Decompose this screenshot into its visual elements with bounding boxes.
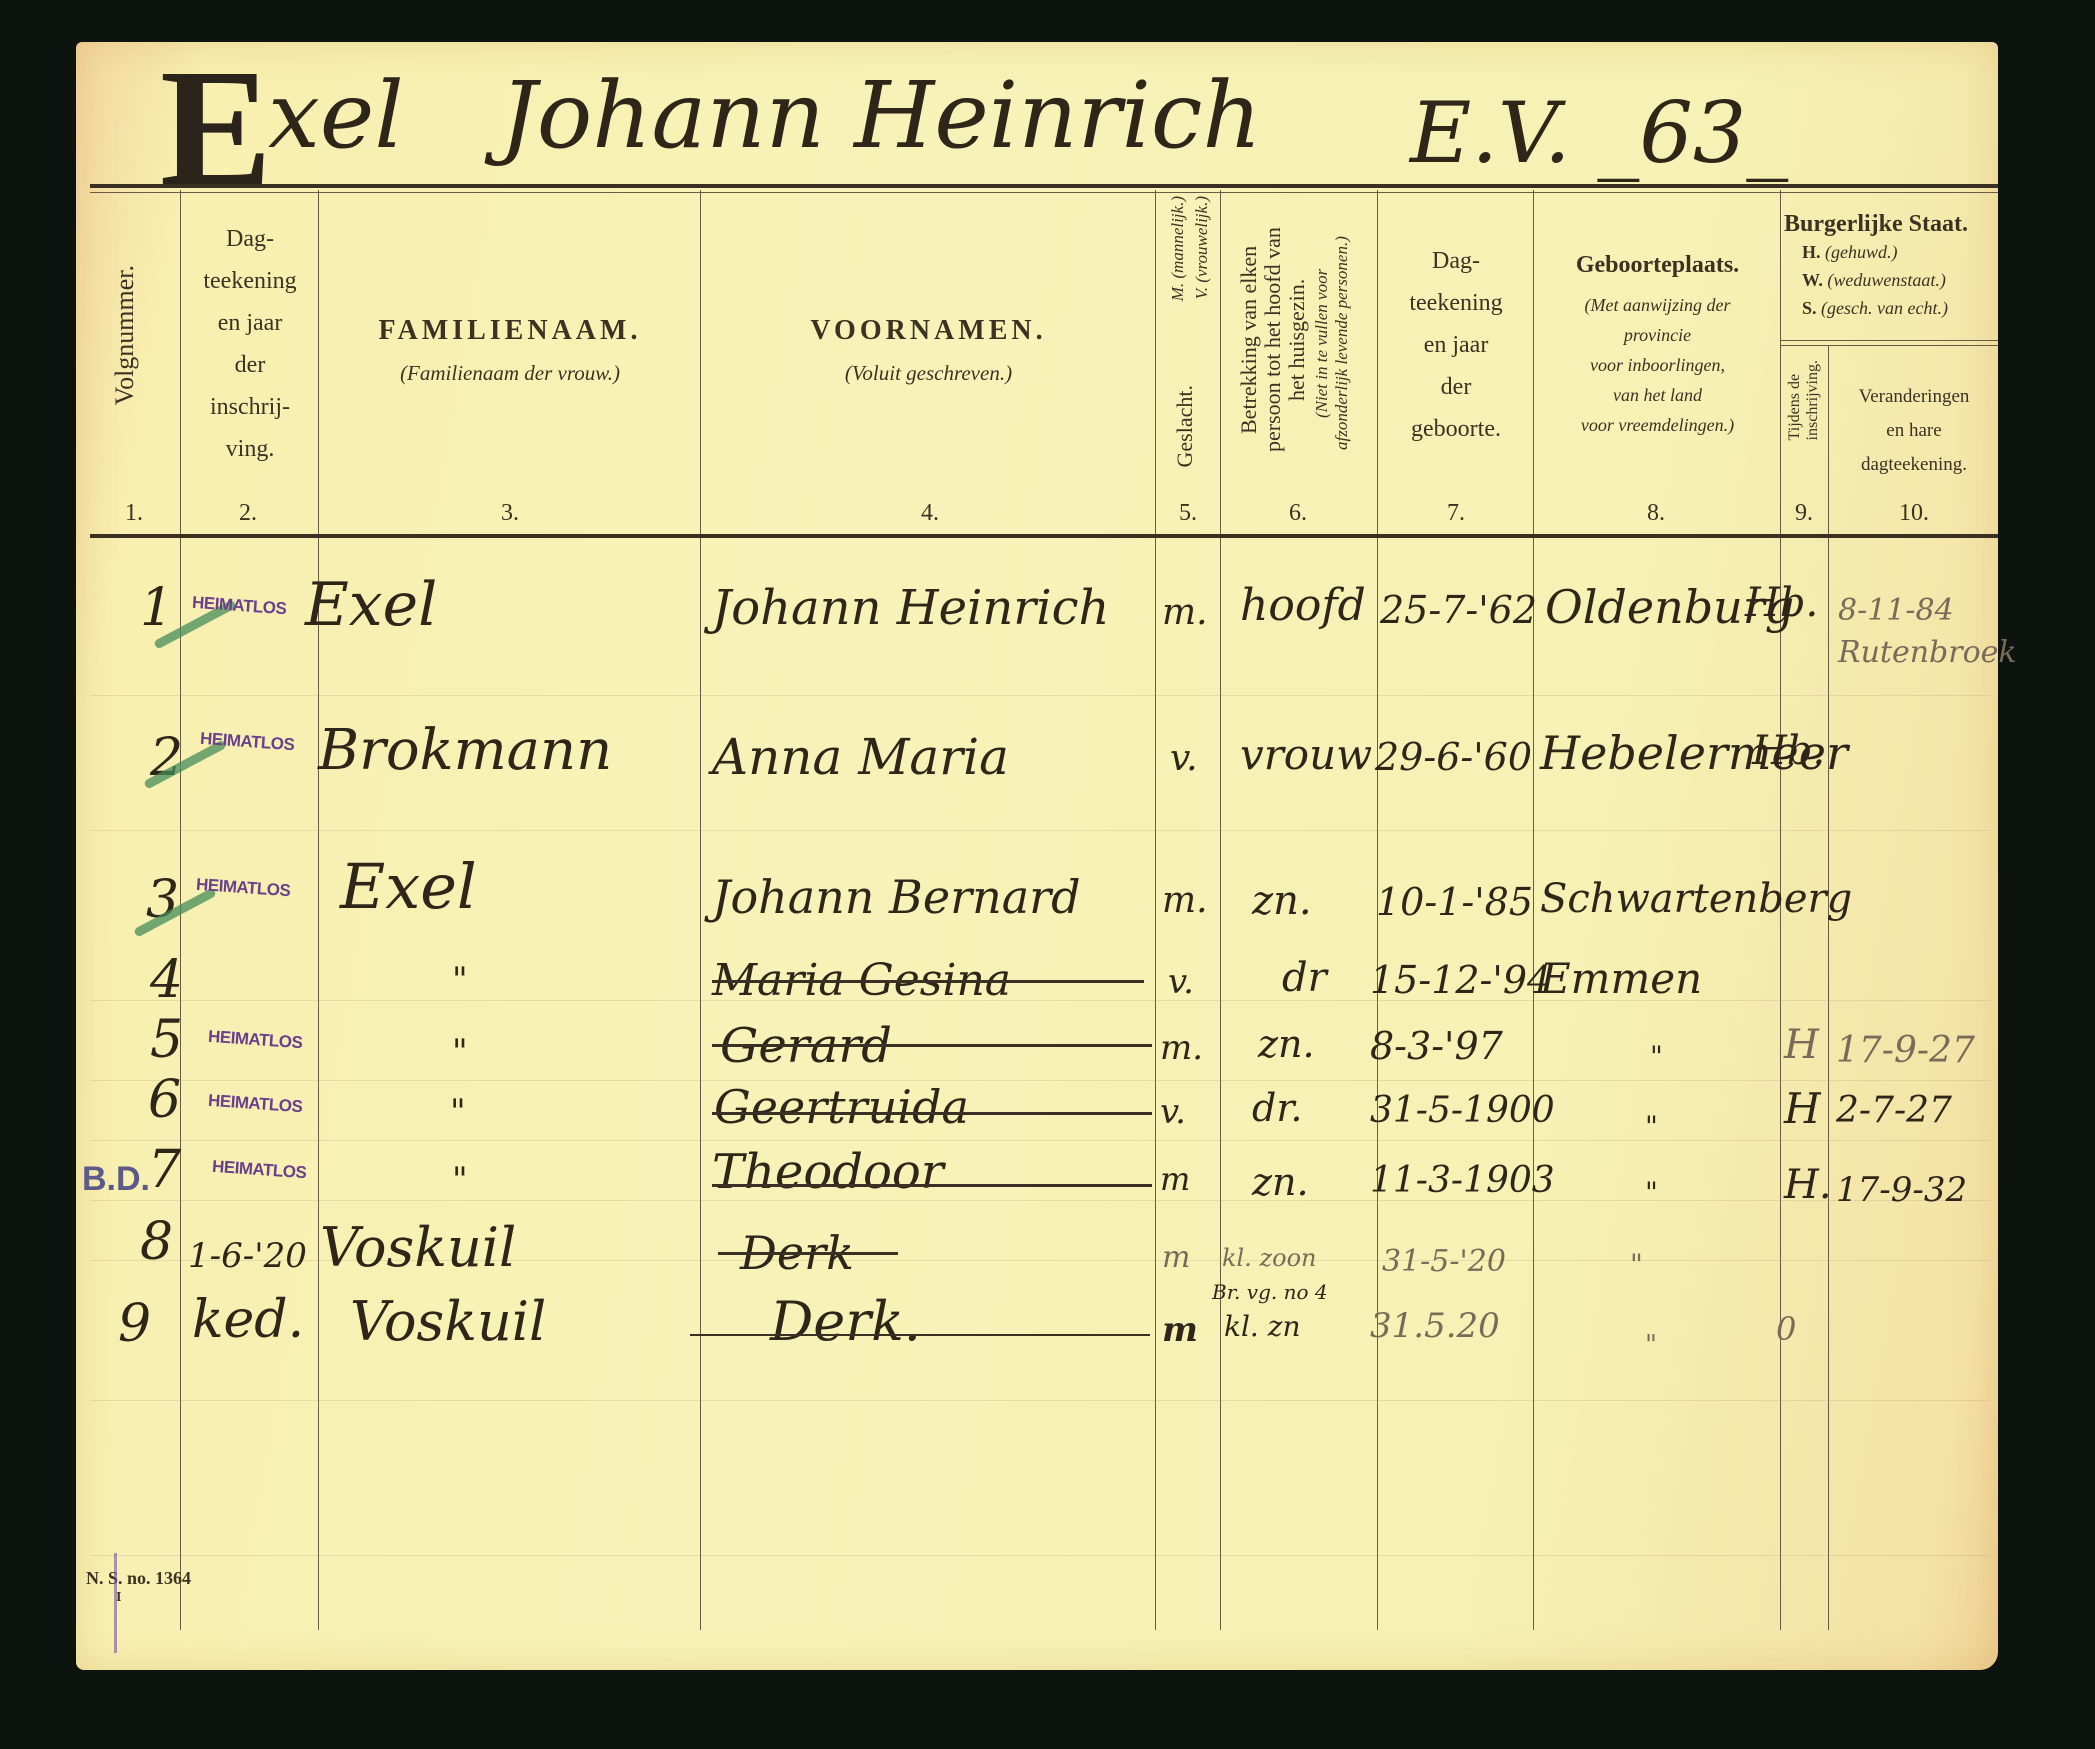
header-bottom-rule <box>90 534 1998 538</box>
birthplace: Schwartenberg <box>1540 876 1852 922</box>
relation: kl. zn <box>1224 1310 1301 1343</box>
ruled-line <box>90 1400 1990 1401</box>
civil-status: Hb. <box>1752 728 1825 774</box>
surname-ditto: " <box>452 1160 468 1200</box>
header-civil-status: Burgerlijke Staat. H. (gehuwd.) W. (wedu… <box>1784 210 1998 322</box>
strikethrough <box>718 1252 898 1255</box>
header-relation-note: (Niet in te vullen voor afzonderlijk lev… <box>1312 198 1352 488</box>
civil-status-rule <box>1780 340 1998 341</box>
header-birthplace: Geboorteplaats. (Met aanwijzing der prov… <box>1535 250 1780 440</box>
strikethrough <box>712 1184 1152 1187</box>
header-line: persoon tot het hoofd van <box>1261 200 1285 480</box>
registration-date: 1-6-'20 <box>188 1236 307 1276</box>
row-number: 7 <box>148 1140 181 1200</box>
column-number: 5. <box>1158 500 1218 527</box>
relation: dr <box>1282 955 1327 1001</box>
header-title: Burgerlijke Staat. <box>1784 210 1998 238</box>
civil-status: 0 <box>1776 1310 1796 1348</box>
birth-date: 25-7-'62 <box>1380 588 1537 632</box>
column-number: 6. <box>1268 500 1328 527</box>
status-code-w: W. <box>1802 270 1823 290</box>
row-number: 1 <box>140 578 173 638</box>
sex: m <box>1162 1310 1198 1350</box>
ruled-line <box>90 695 1990 696</box>
header-line: en hare <box>1830 414 1998 448</box>
surname: Voskuil <box>320 1216 516 1279</box>
row-number: 9 <box>118 1294 151 1354</box>
surname: Voskuil <box>350 1290 546 1353</box>
birthplace-ditto: " <box>1645 1176 1658 1209</box>
surname-ditto: " <box>452 1032 468 1072</box>
header-birth-date: Dag- teekening en jaar der geboorte. <box>1379 240 1533 450</box>
header-voornamen: VOORNAMEN. (Voluit geschreven.) <box>702 310 1155 394</box>
row-number: 6 <box>148 1070 181 1130</box>
header-line: inschrij- <box>182 386 318 428</box>
header-subtitle: (Voluit geschreven.) <box>702 352 1155 394</box>
col-divider <box>1155 190 1156 1630</box>
header-line: (Met aanwijzing der <box>1535 290 1780 320</box>
surname-ditto: " <box>452 960 468 1000</box>
form-number: N. S. no. 1364 <box>86 1568 191 1589</box>
column-number: 3. <box>480 500 540 527</box>
header-line: ving. <box>182 428 318 470</box>
header-familienaam: FAMILIENAAM. (Familienaam der vrouw.) <box>320 310 700 394</box>
header-line: afzonderlijk levende personen.) <box>1332 198 1352 488</box>
row-number: 4 <box>150 950 183 1010</box>
sex: v. <box>1168 962 1194 1002</box>
col-divider <box>700 190 701 1630</box>
relation: dr. <box>1252 1086 1302 1130</box>
status-code-s: S. <box>1802 298 1817 318</box>
ruled-line <box>90 1555 1990 1556</box>
row-number: 5 <box>150 1010 183 1070</box>
header-line: en jaar <box>1379 324 1533 366</box>
column-number: 9. <box>1774 500 1834 527</box>
surname-ditto: " <box>450 1092 466 1132</box>
column-number: 8. <box>1626 500 1686 527</box>
strikethrough <box>712 980 1144 983</box>
civil-status: Hb. <box>1745 580 1818 626</box>
ruled-line <box>90 1000 1990 1001</box>
given-names: Derk. <box>770 1290 921 1353</box>
header-line: voor vreemdelingen.) <box>1535 410 1780 440</box>
status-desc: (gehuwd.) <box>1825 242 1897 262</box>
header-changes: Veranderingen en hare dagteekening. <box>1830 380 1998 482</box>
sex: m. <box>1160 1028 1203 1068</box>
sex: v. <box>1160 1092 1186 1132</box>
sex: m. <box>1162 592 1208 633</box>
given-names: Theodoor <box>712 1144 944 1200</box>
birth-date: 8-3-'97 <box>1370 1024 1503 1068</box>
birthplace-ditto: " <box>1645 1110 1658 1143</box>
row-number: 8 <box>140 1212 173 1272</box>
bd-stamp: B.D. <box>82 1160 150 1199</box>
strikethrough <box>712 1044 1152 1047</box>
ruled-line <box>90 1140 1990 1141</box>
header-sex-m: M. (mannelijk.) <box>1168 196 1188 301</box>
given-names: Johann Heinrich <box>712 580 1109 636</box>
changes: 17-9-32 <box>1836 1170 1967 1210</box>
relation: kl. zoon <box>1222 1244 1316 1272</box>
birth-date: 31.5.20 <box>1370 1306 1500 1346</box>
column-number: 7. <box>1426 500 1486 527</box>
birth-date: 29-6-'60 <box>1375 735 1532 779</box>
header-line: Dag- <box>1379 240 1533 282</box>
given-names: Anna Maria <box>712 728 1009 786</box>
header-line: teekening <box>182 260 318 302</box>
header-line: der <box>1379 366 1533 408</box>
header-line: van het land <box>1535 380 1780 410</box>
birth-date: 11-3-1903 <box>1370 1160 1555 1201</box>
header-line: provincie <box>1535 320 1780 350</box>
civil-status: H <box>1784 1084 1821 1133</box>
birth-date: 31-5-1900 <box>1370 1090 1555 1131</box>
sex: m <box>1160 1160 1190 1198</box>
header-line: Dag- <box>182 218 318 260</box>
ruled-line <box>90 1200 1990 1201</box>
sex: v. <box>1170 738 1198 779</box>
title-rule-thin <box>90 192 1998 193</box>
birth-date: 31-5-'20 <box>1382 1244 1506 1279</box>
header-relation: Betrekking van elken persoon tot het hoo… <box>1237 200 1309 480</box>
civil-status-rule <box>1780 345 1998 346</box>
birthplace-ditto: " <box>1645 1330 1657 1360</box>
header-line: Betrekking van elken <box>1237 200 1261 480</box>
strikethrough <box>690 1334 1150 1336</box>
relation: zn. <box>1252 1160 1309 1204</box>
header-line: (Niet in te vullen voor <box>1312 198 1332 488</box>
header-volgnummer: Volgnummer. <box>110 265 140 405</box>
reference-code: E.V. _63_ <box>1410 84 1788 182</box>
header-line: het huisgezin. <box>1285 200 1309 480</box>
col-divider <box>318 190 319 1630</box>
relation: zn. <box>1258 1022 1315 1066</box>
status-code-h: H. <box>1802 242 1821 262</box>
header-line: geboorte. <box>1379 408 1533 450</box>
title-rule <box>90 184 1998 188</box>
civil-status: H. <box>1784 1162 1832 1208</box>
header-line: Veranderingen <box>1830 380 1998 414</box>
status-desc: (weduwenstaat.) <box>1827 270 1946 290</box>
column-number: 4. <box>900 500 960 527</box>
header-line: inschrijving. <box>1804 360 1822 440</box>
surname: Exel <box>305 570 437 640</box>
header-subtitle: (Familienaam der vrouw.) <box>320 352 700 394</box>
header-sex-v: V. (vrouwelijk.) <box>1192 196 1212 299</box>
registration-note: ked. <box>192 1290 304 1350</box>
given-names: Johann Bernard <box>712 870 1081 924</box>
header-line: voor inboorlingen, <box>1535 350 1780 380</box>
col-divider <box>1220 190 1221 1630</box>
relation: hoofd <box>1240 580 1366 631</box>
column-number: 10. <box>1884 500 1944 527</box>
ruled-line <box>90 1080 1990 1081</box>
birth-date: 15-12-'94 <box>1370 958 1551 1002</box>
relation: vrouw <box>1240 730 1372 779</box>
changes: 8-11-84 Rutenbroek <box>1838 590 1998 674</box>
header-title: FAMILIENAAM. <box>320 310 700 352</box>
ruled-line <box>90 830 1990 831</box>
header-surname: xel <box>268 62 404 169</box>
birthplace-ditto: " <box>1630 1248 1643 1281</box>
header-line: teekening <box>1379 282 1533 324</box>
header-registration-date: Dag- teekening en jaar der inschrij- vin… <box>182 218 318 470</box>
header-title: Geboorteplaats. <box>1535 250 1780 280</box>
sex: m <box>1162 1240 1190 1275</box>
relation: zn. <box>1252 878 1312 924</box>
birthplace: Emmen <box>1540 954 1702 1003</box>
birth-date: 10-1-'85 <box>1376 880 1533 924</box>
header-given-names: Johann Heinrich <box>500 62 1262 169</box>
header-title: VOORNAMEN. <box>702 310 1155 352</box>
sex: m. <box>1162 880 1208 921</box>
given-names: Geertruida <box>714 1080 969 1134</box>
column-number: 1. <box>104 500 164 527</box>
changes: 2-7-27 <box>1836 1090 1952 1131</box>
header-line: en jaar <box>182 302 318 344</box>
header-at-registration: Tijdens de inschrijving. <box>1786 360 1822 440</box>
surname: Exel <box>340 850 477 923</box>
relation-note: Br. vg. no 4 <box>1212 1280 1328 1304</box>
strikethrough <box>712 1112 1152 1115</box>
surname: Brokmann <box>318 718 612 783</box>
birthplace-ditto: " <box>1650 1040 1663 1073</box>
header-line: Tijdens de <box>1786 360 1804 440</box>
changes: 17-9-27 <box>1836 1030 1975 1071</box>
col-divider <box>1533 190 1534 1630</box>
status-desc: (gesch. van echt.) <box>1821 298 1948 318</box>
header-geslacht: Geslacht. <box>1172 385 1198 467</box>
header-line: der <box>182 344 318 386</box>
header-line: dagteekening. <box>1830 448 1998 482</box>
purple-mark <box>114 1553 117 1653</box>
civil-status: H <box>1784 1022 1819 1068</box>
column-number: 2. <box>218 500 278 527</box>
